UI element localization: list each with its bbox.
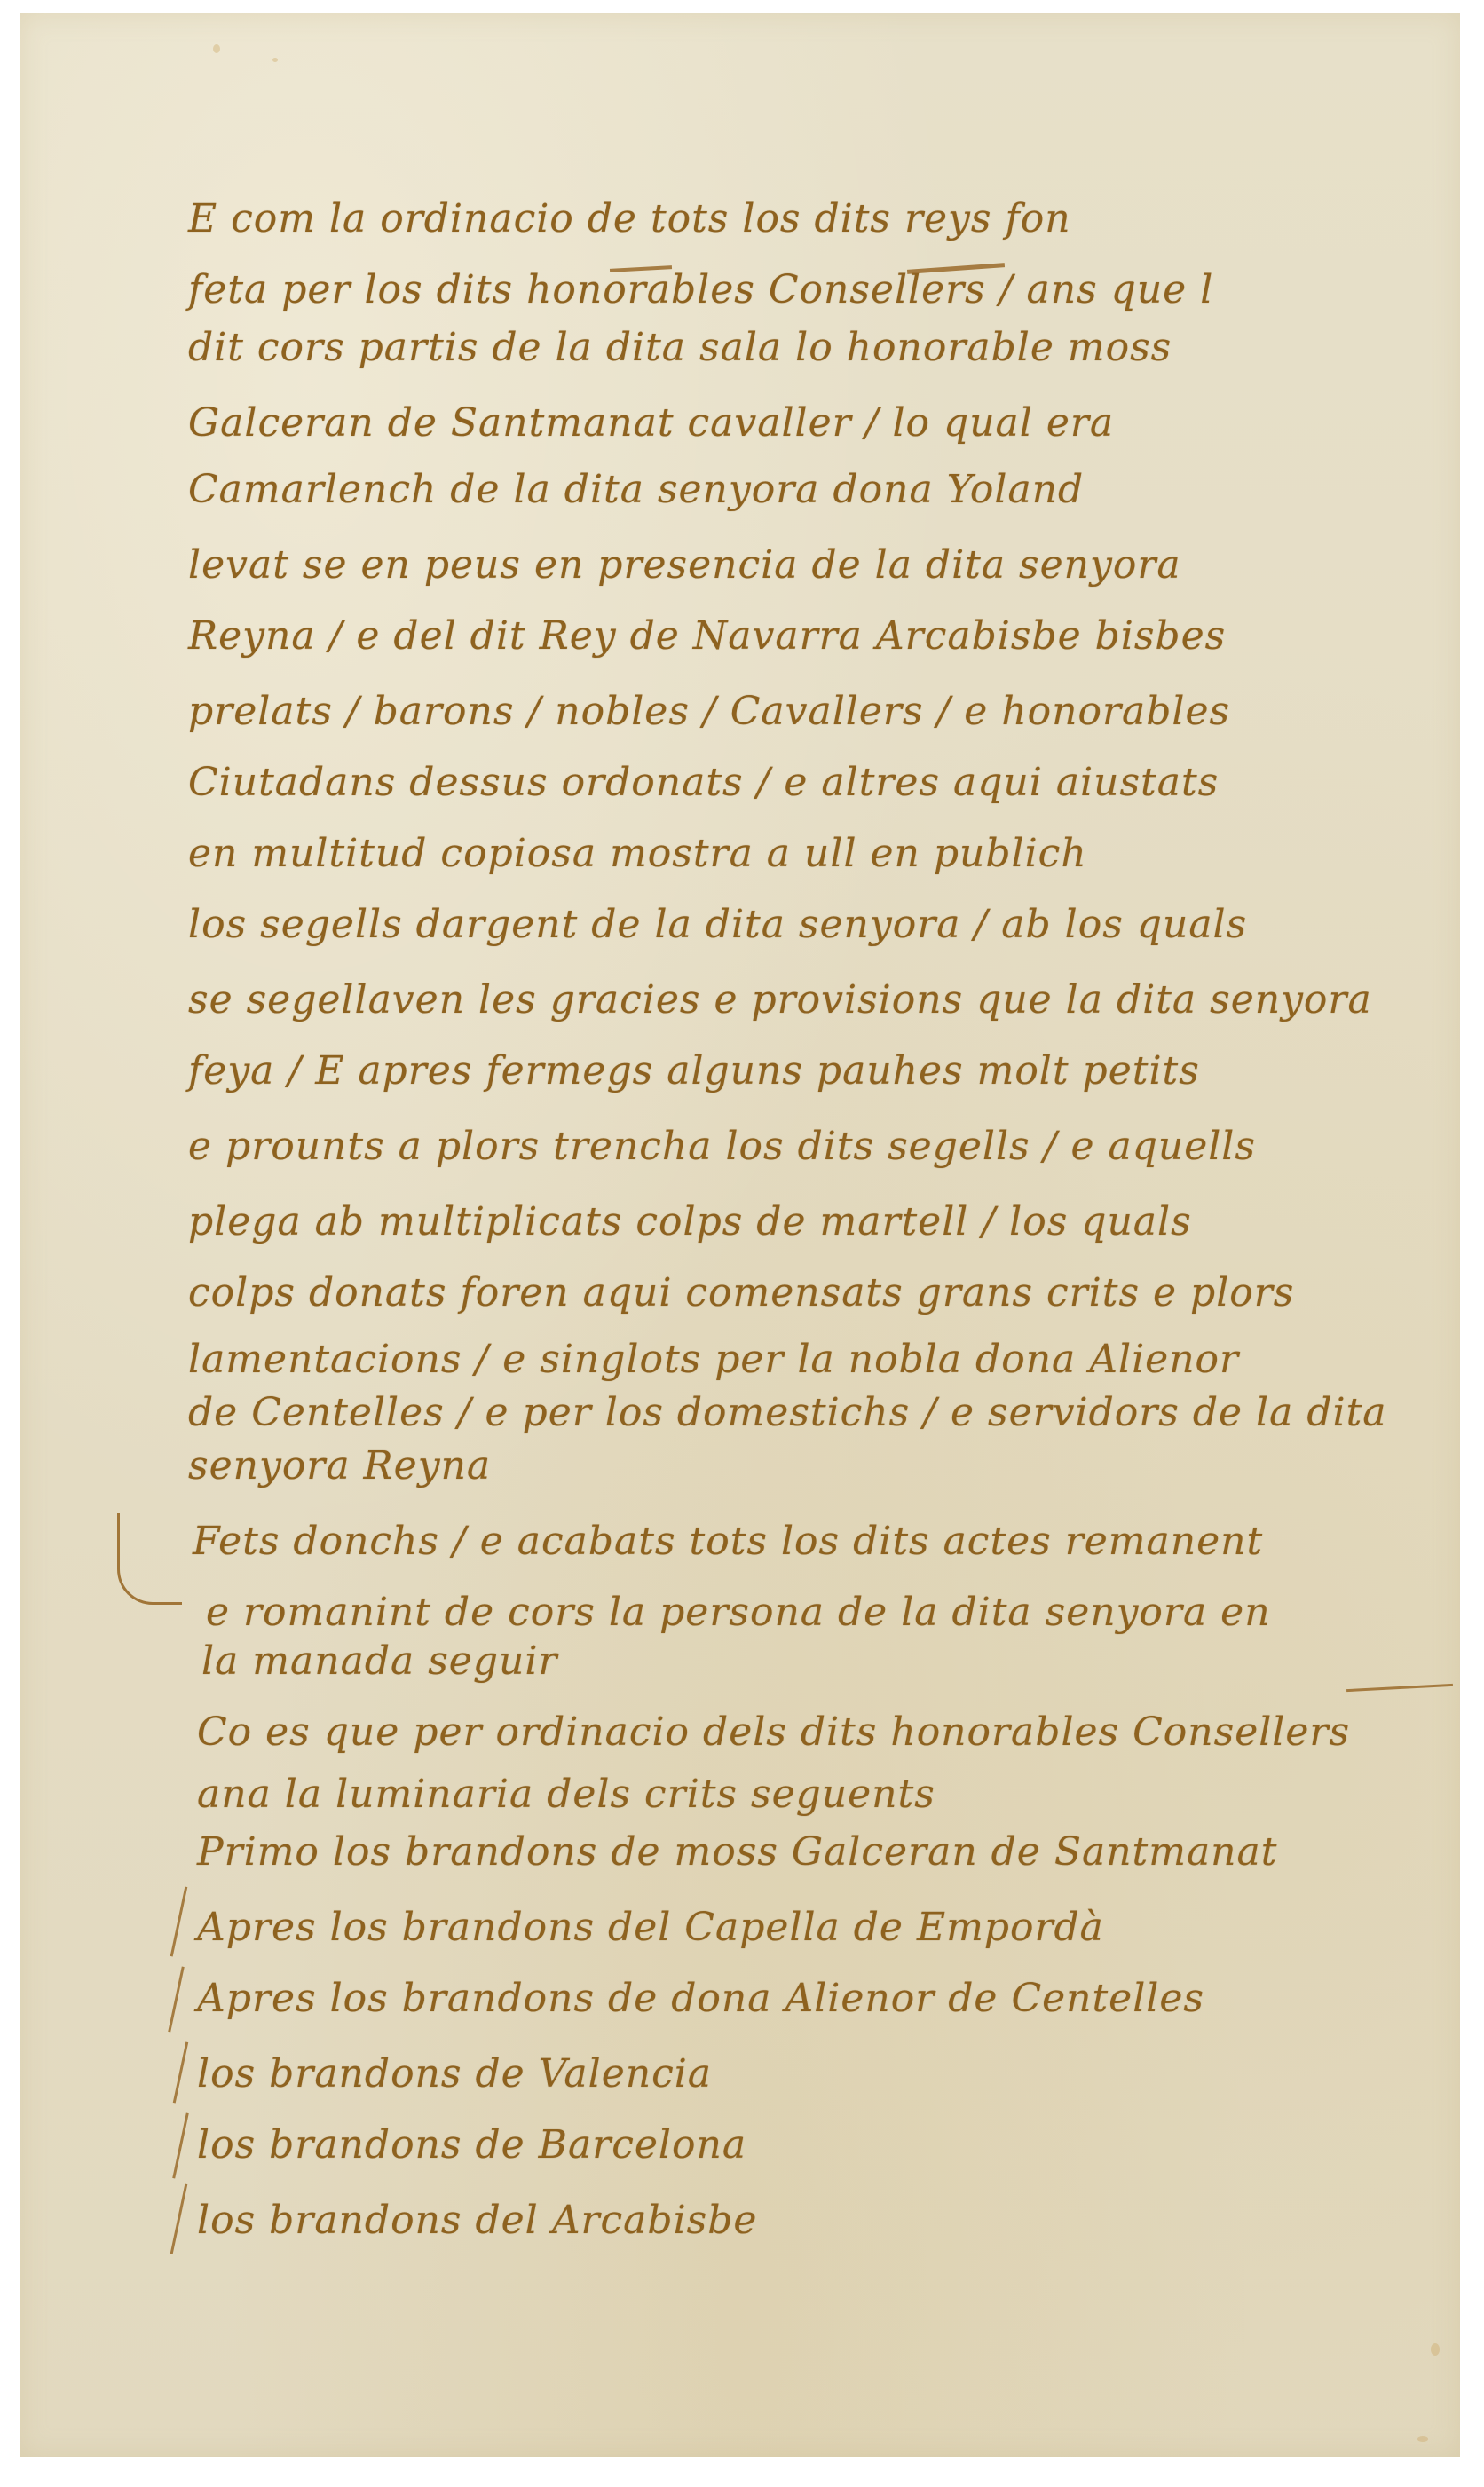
manuscript-line: e romanint de cors la persona de la dita… bbox=[206, 1593, 1271, 1632]
list-mark-icon bbox=[172, 2113, 189, 2179]
manuscript-line: lamentacions / e singlots per la nobla d… bbox=[188, 1340, 1239, 1379]
manuscript-line: colps donats foren aqui comensats grans … bbox=[188, 1274, 1294, 1313]
manuscript-page: E com la ordinacio de tots los dits reys… bbox=[20, 13, 1460, 2457]
manuscript-line: los segells dargent de la dita senyora /… bbox=[188, 905, 1247, 944]
list-mark-icon bbox=[170, 2184, 188, 2254]
manuscript-line: los brandons de Valencia bbox=[197, 2055, 712, 2094]
manuscript-line: Co es que per ordinacio dels dits honora… bbox=[197, 1713, 1350, 1752]
manuscript-line: la manada seguir bbox=[201, 1642, 557, 1681]
manuscript-line: e prounts a plors trencha los dits segel… bbox=[188, 1127, 1256, 1166]
manuscript-line: Primo los brandons de moss Galceran de S… bbox=[197, 1833, 1277, 1872]
manuscript-line: se segellaven les gracies e provisions q… bbox=[188, 981, 1372, 1020]
manuscript-line: Apres los brandons de dona Alienor de Ce… bbox=[197, 1979, 1204, 2018]
manuscript-line: feya / E apres fermegs alguns pauhes mol… bbox=[188, 1052, 1200, 1091]
manuscript-line: de Centelles / e per los domestichs / e … bbox=[188, 1394, 1387, 1433]
manuscript-line: Galceran de Santmanat cavaller / lo qual… bbox=[188, 404, 1114, 443]
manuscript-line: los brandons del Arcabisbe bbox=[197, 2201, 757, 2240]
manuscript-line: plega ab multiplicats colps de martell /… bbox=[188, 1203, 1192, 1242]
list-mark-icon bbox=[173, 2041, 188, 2103]
manuscript-line: dit cors partis de la dita sala lo honor… bbox=[188, 328, 1172, 367]
paragraph-mark-icon bbox=[117, 1513, 182, 1605]
manuscript-line: senyora Reyna bbox=[188, 1447, 491, 1486]
list-mark-icon bbox=[170, 1887, 188, 1957]
manuscript-line: Fets donchs / e acabats tots los dits ac… bbox=[193, 1522, 1263, 1561]
abbreviation-stroke bbox=[1346, 1684, 1453, 1692]
manuscript-line: prelats / barons / nobles / Cavallers / … bbox=[188, 692, 1230, 731]
parchment-stain bbox=[213, 44, 220, 53]
list-mark-icon bbox=[168, 1967, 185, 2033]
manuscript-line: Ciutadans dessus ordonats / e altres aqu… bbox=[188, 763, 1219, 802]
manuscript-line: Reyna / e del dit Rey de Navarra Arcabis… bbox=[188, 617, 1226, 656]
parchment-stain bbox=[272, 58, 278, 62]
manuscript-line: los brandons de Barcelona bbox=[197, 2126, 746, 2165]
manuscript-line: feta per los dits honorables Consellers … bbox=[188, 271, 1213, 310]
parchment-stain bbox=[1431, 2343, 1440, 2356]
parchment-stain bbox=[1417, 2436, 1428, 2442]
manuscript-line: E com la ordinacio de tots los dits reys… bbox=[188, 200, 1071, 239]
manuscript-line: levat se en peus en presencia de la dita… bbox=[188, 546, 1181, 585]
manuscript-line: Apres los brandons del Capella de Empord… bbox=[197, 1908, 1104, 1947]
manuscript-line: Camarlench de la dita senyora dona Yolan… bbox=[188, 470, 1084, 509]
manuscript-line: en multitud copiosa mostra a ull en publ… bbox=[188, 834, 1087, 873]
manuscript-line: ana la luminaria dels crits seguents bbox=[197, 1775, 935, 1814]
